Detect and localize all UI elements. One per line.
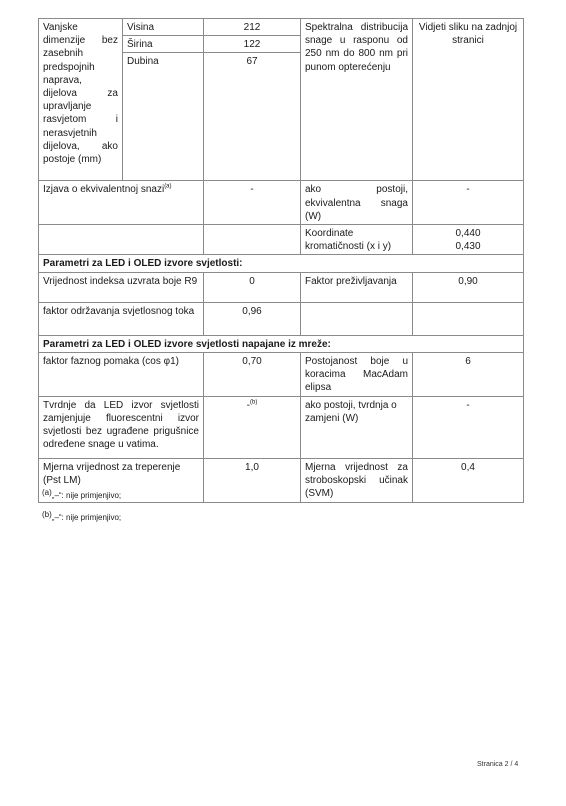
replacement-watt-value: - xyxy=(413,396,524,458)
footnotes: (a)„–“: nije primjenjivo; (b)„–“: nije p… xyxy=(42,488,121,532)
width-label: Širina xyxy=(123,36,204,53)
footnote-a-text: „–“: nije primjenjivo; xyxy=(52,491,121,500)
footnote-b-text: „–“: nije primjenjivo; xyxy=(52,513,121,522)
colour-consistency-label: Postojanost boje u koracima MacAdam elip… xyxy=(301,352,413,396)
replacement-watt-label: ako postoji, tvrdnja o zamjeni (W) xyxy=(301,396,413,458)
displacement-factor-value: 0,70 xyxy=(204,352,301,396)
page-number: Stranica 2 / 4 xyxy=(477,761,518,768)
chromaticity-empty-value xyxy=(204,225,301,255)
chromaticity-empty-label xyxy=(39,225,204,255)
table-row-replacement-claim: Tvrdnje da LED izvor svjetlosti zamjenju… xyxy=(39,396,524,458)
displacement-factor-label: faktor faznog pomaka (cos φ1) xyxy=(39,352,204,396)
footnote-ref-b: (b) xyxy=(250,400,257,406)
r9-value: 0 xyxy=(204,272,301,302)
footnote-ref-a: (a) xyxy=(164,184,171,190)
lumen-maintenance-empty-value xyxy=(413,302,524,335)
replacement-claim-label: Tvrdnje da LED izvor svjetlosti zamjenju… xyxy=(39,396,204,458)
equivalent-power-watt-value: - xyxy=(413,181,524,225)
section-title-mains: Parametri za LED i OLED izvore svjetlost… xyxy=(39,335,524,352)
height-label: Visina xyxy=(123,19,204,36)
stroboscopic-label: Mjerna vrijednost za stroboskopski učina… xyxy=(301,458,413,502)
lumen-maintenance-label: faktor održavanja svjetlosnog toka xyxy=(39,302,204,335)
lumen-maintenance-empty-label xyxy=(301,302,413,335)
product-information-table: Vanjske dimenzije bez zasebnih predspojn… xyxy=(38,18,524,503)
equivalent-power-watt-label: ako postoji, ekvivalentna snaga (W) xyxy=(301,181,413,225)
table-row-height: Vanjske dimenzije bez zasebnih predspojn… xyxy=(39,19,524,36)
table-row-lumen-maintenance: faktor održavanja svjetlosnog toka 0,96 xyxy=(39,302,524,335)
footnote-a-marker: (a) xyxy=(42,488,52,497)
depth-value: 67 xyxy=(204,53,301,181)
stroboscopic-value: 0,4 xyxy=(413,458,524,502)
footnote-b: (b)„–“: nije primjenjivo; xyxy=(42,510,121,523)
colour-consistency-value: 6 xyxy=(413,352,524,396)
table-row-chromaticity: Koordinate kromatičnosti (x i y) 0,440 0… xyxy=(39,225,524,255)
width-value: 122 xyxy=(204,36,301,53)
replacement-claim-value: -(b) xyxy=(204,396,301,458)
flicker-value: 1,0 xyxy=(204,458,301,502)
spectral-distribution-label: Spektralna distribucija snage u rasponu … xyxy=(301,19,413,181)
chromaticity-label: Koordinate kromatičnosti (x i y) xyxy=(301,225,413,255)
section-header-mains: Parametri za LED i OLED izvore svjetlost… xyxy=(39,335,524,352)
survival-factor-label: Faktor preživljavanja xyxy=(301,272,413,302)
chromaticity-y: 0,430 xyxy=(417,240,519,253)
table-row-equivalent-power: Izjava o ekvivalentnoj snazi(a) - ako po… xyxy=(39,181,524,225)
dimensions-label-text: Vanjske dimenzije bez zasebnih predspojn… xyxy=(43,22,118,165)
section-title-led: Parametri za LED i OLED izvore svjetlost… xyxy=(39,255,524,272)
chromaticity-values: 0,440 0,430 xyxy=(413,225,524,255)
depth-label: Dubina xyxy=(123,53,204,181)
document-page: Vanjske dimenzije bez zasebnih predspojn… xyxy=(0,0,566,806)
height-value: 212 xyxy=(204,19,301,36)
dimensions-label: Vanjske dimenzije bez zasebnih predspojn… xyxy=(39,19,123,181)
survival-factor-value: 0,90 xyxy=(413,272,524,302)
equivalent-power-value: - xyxy=(204,181,301,225)
table-row-displacement-factor: faktor faznog pomaka (cos φ1) 0,70 Posto… xyxy=(39,352,524,396)
footnote-a: (a)„–“: nije primjenjivo; xyxy=(42,488,121,501)
footnote-b-marker: (b) xyxy=(42,510,52,519)
spectral-distribution-value: Vidjeti sliku na zadnjoj stranici xyxy=(413,19,524,181)
section-header-led: Parametri za LED i OLED izvore svjetlost… xyxy=(39,255,524,272)
table-row-r9: Vrijednost indeksa uzvrata boje R9 0 Fak… xyxy=(39,272,524,302)
r9-label: Vrijednost indeksa uzvrata boje R9 xyxy=(39,272,204,302)
chromaticity-x: 0,440 xyxy=(417,227,519,240)
lumen-maintenance-value: 0,96 xyxy=(204,302,301,335)
equivalent-power-label: Izjava o ekvivalentnoj snazi(a) xyxy=(39,181,204,225)
